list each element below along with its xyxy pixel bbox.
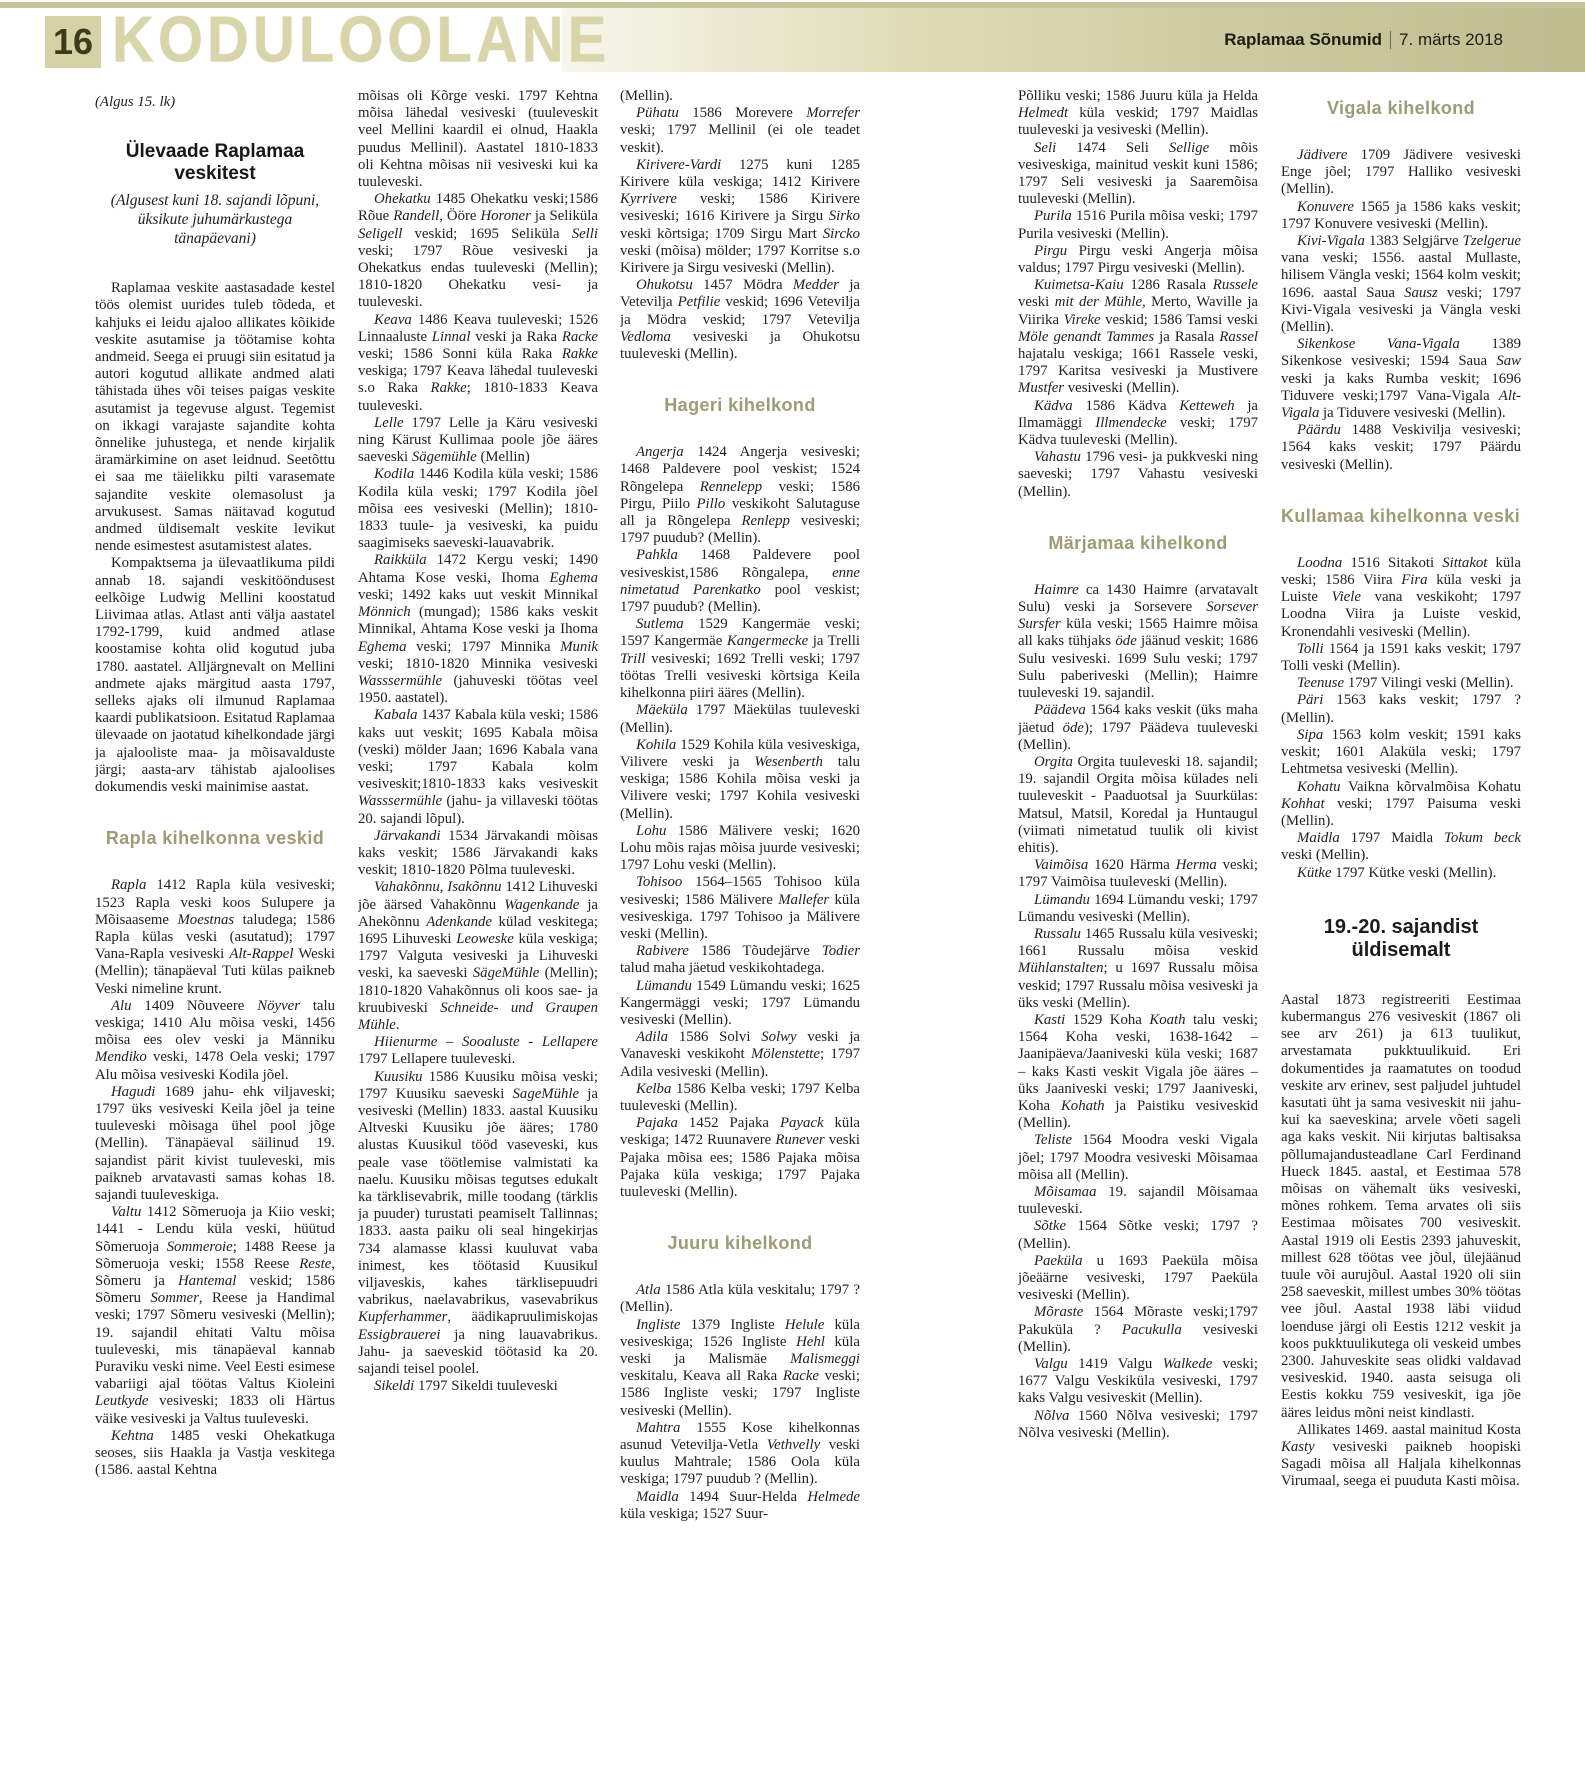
paragraph: Mõraste 1564 Mõraste veski;1797 Pakuküla… bbox=[1018, 1304, 1258, 1356]
publication-date-divider bbox=[1390, 31, 1391, 49]
paragraph: Kelba 1586 Kelba veski; 1797 Kelba tuule… bbox=[620, 1081, 860, 1115]
paragraph: Pahkla 1468 Paldevere pool vesiveskist,1… bbox=[620, 547, 860, 616]
paragraph: Jädivere 1709 Jädivere vesiveski Enge jõ… bbox=[1281, 147, 1521, 199]
paragraph: Päri 1563 kaks veskit; 1797 ? (Mellin). bbox=[1281, 692, 1521, 726]
paragraph: Kodila 1446 Kodila küla veski; 1586 Kodi… bbox=[358, 466, 598, 552]
article-title: Ülevaade Raplamaa veskitest bbox=[95, 141, 335, 185]
paragraph: Sutlema 1529 Kangermäe veski; 1597 Kange… bbox=[620, 616, 860, 702]
paragraph: Mahtra 1555 Kose kihelkonnas asunud Vete… bbox=[620, 1420, 860, 1489]
paragraph: Kädva 1586 Kädva Ketteweh ja Ilmamäggi I… bbox=[1018, 398, 1258, 450]
section-heading: Hageri kihelkond bbox=[620, 395, 860, 416]
paragraph: Maidla 1494 Suur-Helda Helmede küla vesk… bbox=[620, 1489, 860, 1523]
text-column-5: Vigala kihelkondJädivere 1709 Jädivere v… bbox=[1281, 88, 1521, 1788]
paragraph: Kuimetsa-Kaiu 1286 Rasala Russele veski … bbox=[1018, 277, 1258, 397]
paragraph: Loodna 1516 Sitakoti Sittakot küla veski… bbox=[1281, 555, 1521, 641]
paragraph: Kuusiku 1586 Kuusiku mõisa veski; 1797 K… bbox=[358, 1069, 598, 1379]
page-header: 16 KODULOOLANE Raplamaa Sõnumid 7. märts… bbox=[0, 8, 1585, 80]
paragraph-continued: Aastal 1873 registreeriti Eestimaa kuber… bbox=[1281, 992, 1521, 1422]
paragraph: Rabivere 1586 Tõudejärve Todier talud ma… bbox=[620, 943, 860, 977]
page-number-badge: 16 bbox=[45, 16, 101, 68]
paragraph: Pühatu 1586 Morevere Morrefer veski; 179… bbox=[620, 105, 860, 157]
paragraph: Lümandu 1549 Lümandu veski; 1625 Kangerm… bbox=[620, 978, 860, 1030]
paragraph: Kirivere-Vardi 1275 kuni 1285 Kirivere k… bbox=[620, 157, 860, 277]
paragraph: Pajaka 1452 Pajaka Payack küla veskiga; … bbox=[620, 1115, 860, 1201]
page-number: 16 bbox=[53, 21, 93, 63]
publication-name: Raplamaa Sõnumid bbox=[1224, 30, 1382, 50]
paragraph: Vahakõnnu, Isakõnnu 1412 Lihuveski jõe ä… bbox=[358, 879, 598, 1034]
paragraph: Allikates 1469. aastal mainitud Kosta Ka… bbox=[1281, 1422, 1521, 1491]
section-heading: Märjamaa kihelkond bbox=[1018, 533, 1258, 554]
paragraph: Seli 1474 Seli Sellige mõis vesiveskiga,… bbox=[1018, 140, 1258, 209]
paragraph: Maidla 1797 Maidla Tokum beck veski (Mel… bbox=[1281, 830, 1521, 864]
paragraph-continued: mõisas oli Kõrge veski. 1797 Kehtna mõis… bbox=[358, 88, 598, 191]
paragraph: Sipa 1563 kolm veskit; 1591 kaks veskit;… bbox=[1281, 727, 1521, 779]
paragraph: Raplamaa veskite aastasadade kestel töös… bbox=[95, 280, 335, 555]
paragraph: Vaimõisa 1620 Härma Herma veski; 1797 Va… bbox=[1018, 857, 1258, 891]
paragraph: Adila 1586 Solvi Solwy veski ja Vanavesk… bbox=[620, 1029, 860, 1081]
paragraph: Mäeküla 1797 Mäekülas tuuleveski (Mellin… bbox=[620, 702, 860, 736]
article-subtitle: (Algusest kuni 18. sajandi lõpuni, üksik… bbox=[95, 191, 335, 248]
paragraph: Valtu 1412 Sõmeruoja ja Kiio veski; 1441… bbox=[95, 1204, 335, 1428]
continuation-note: (Algus 15. lk) bbox=[95, 94, 335, 111]
text-column-1: (Algus 15. lk)Ülevaade Raplamaa veskites… bbox=[95, 88, 335, 1788]
paragraph: Haimre ca 1430 Haimre (arvatavalt Sulu) … bbox=[1018, 582, 1258, 702]
paragraph: Päärdu 1488 Veskivilja vesiveski; 1564 k… bbox=[1281, 422, 1521, 474]
section-heading: Juuru kihelkond bbox=[620, 1233, 860, 1254]
paragraph: Mõisamaa 19. sajandil Mõisamaa tuulevesk… bbox=[1018, 1184, 1258, 1218]
paragraph: Kohatu Vaikna kõrvalmõisa Kohatu Kohhat … bbox=[1281, 779, 1521, 831]
paragraph: Ingliste 1379 Ingliste Helule küla vesiv… bbox=[620, 1317, 860, 1420]
paragraph: Sõtke 1564 Sõtke veski; 1797 ? (Mellin). bbox=[1018, 1218, 1258, 1252]
paragraph: Kabala 1437 Kabala küla veski; 1586 kaks… bbox=[358, 707, 598, 827]
paragraph: Kohila 1529 Kohila küla vesiveskiga, Vil… bbox=[620, 737, 860, 823]
paragraph: Nõlva 1560 Nõlva vesiveski; 1797 Nõlva v… bbox=[1018, 1408, 1258, 1442]
paragraph: Tolli 1564 ja 1591 kaks veskit; 1797 Tol… bbox=[1281, 641, 1521, 675]
newspaper-page: { "header": { "page_number": "16", "mast… bbox=[0, 0, 1585, 1788]
paragraph: Sikenkose Vana-Vigala 1389 Sikenkose ves… bbox=[1281, 336, 1521, 422]
paragraph: Päädeva 1564 kaks veskit (üks maha jäetu… bbox=[1018, 702, 1258, 754]
paragraph: Kütke 1797 Kütke veski (Mellin). bbox=[1281, 865, 1521, 882]
paragraph: Hiienurme – Sooaluste - Lellapere 1797 L… bbox=[358, 1034, 598, 1068]
paragraph: Ohekatku 1485 Ohekatku veski;1586 Rõue R… bbox=[358, 191, 598, 311]
section-heading: Vigala kihelkond bbox=[1281, 98, 1521, 119]
section-heading: Rapla kihelkonna veskid bbox=[95, 828, 335, 849]
paragraph: Lümandu 1694 Lümandu veski; 1797 Lümandu… bbox=[1018, 892, 1258, 926]
paragraph: Hagudi 1689 jahu- ehk viljaveski; 1797 ü… bbox=[95, 1084, 335, 1204]
paragraph: Konuvere 1565 ja 1586 kaks veskit; 1797 … bbox=[1281, 199, 1521, 233]
paragraph: Vahastu 1796 vesi- ja pukkveski ning sae… bbox=[1018, 449, 1258, 501]
issue-date: 7. märts 2018 bbox=[1399, 30, 1503, 50]
publication-info: Raplamaa Sõnumid 7. märts 2018 bbox=[1224, 8, 1503, 72]
paragraph: Angerja 1424 Angerja vesiveski; 1468 Pal… bbox=[620, 444, 860, 547]
paragraph: Russalu 1465 Russalu küla vesiveski; 166… bbox=[1018, 926, 1258, 1012]
paragraph: Kehtna 1485 veski Ohekatkuga seoses, sii… bbox=[95, 1428, 335, 1480]
paragraph: Järvakandi 1534 Järvakandi mõisas kaks v… bbox=[358, 828, 598, 880]
paragraph: Keava 1486 Keava tuuleveski; 1526 Linnaa… bbox=[358, 312, 598, 415]
paragraph: Teliste 1564 Moodra veski Vigala jõel; 1… bbox=[1018, 1132, 1258, 1184]
subsection-heading: 19.-20. sajandist üldisemalt bbox=[1281, 916, 1521, 962]
paragraph: Valgu 1419 Valgu Walkede veski; 1677 Val… bbox=[1018, 1356, 1258, 1408]
paragraph: Rapla 1412 Rapla küla vesiveski; 1523 Ra… bbox=[95, 877, 335, 997]
paragraph: Tohisoo 1564–1565 Tohisoo küla vesiveski… bbox=[620, 874, 860, 943]
paragraph: Kivi-Vigala 1383 Selgjärve Tzelgerue van… bbox=[1281, 233, 1521, 336]
section-masthead: KODULOOLANE bbox=[112, 0, 610, 80]
paragraph: Paeküla u 1693 Paeküla mõisa jõeäärne ve… bbox=[1018, 1253, 1258, 1305]
section-heading: Kullamaa kihelkonna veskid bbox=[1281, 506, 1521, 527]
paragraph: Kompaktsema ja ülevaatlikuma pildi annab… bbox=[95, 555, 335, 796]
paragraph: Atla 1586 Atla küla veskitalu; 1797 ? (M… bbox=[620, 1282, 860, 1316]
paragraph: Alu 1409 Nõuveere Nöyver talu veskiga; 1… bbox=[95, 998, 335, 1084]
paragraph: Raikküla 1472 Kergu veski; 1490 Ahtama K… bbox=[358, 552, 598, 707]
text-column-2: mõisas oli Kõrge veski. 1797 Kehtna mõis… bbox=[358, 88, 598, 1788]
paragraph: Pirgu Pirgu veski Angerja mõisa valdus; … bbox=[1018, 243, 1258, 277]
paragraph: Kasti 1529 Koha Koath talu veski; 1564 K… bbox=[1018, 1012, 1258, 1132]
paragraph: Orgita Orgita tuuleveski 18. sajandil; 1… bbox=[1018, 754, 1258, 857]
paragraph: Purila 1516 Purila mõisa veski; 1797 Pur… bbox=[1018, 208, 1258, 242]
paragraph: Sikeldi 1797 Sikeldi tuuleveski bbox=[358, 1378, 598, 1395]
paragraph-continued: Põlliku veski; 1586 Juuru küla ja Helda … bbox=[1018, 88, 1258, 140]
text-column-3: (Mellin).Pühatu 1586 Morevere Morrefer v… bbox=[620, 88, 860, 1788]
paragraph: Lelle 1797 Lelle ja Käru vesiveski ning … bbox=[358, 415, 598, 467]
paragraph: Lohu 1586 Mälivere veski; 1620 Lohu mõis… bbox=[620, 823, 860, 875]
paragraph-continued: (Mellin). bbox=[620, 88, 860, 105]
paragraph: Teenuse 1797 Vilingi veski (Mellin). bbox=[1281, 675, 1521, 692]
text-column-4: Põlliku veski; 1586 Juuru küla ja Helda … bbox=[1018, 88, 1258, 1788]
paragraph: Ohukotsu 1457 Mödra Medder ja Vetevilja … bbox=[620, 277, 860, 363]
